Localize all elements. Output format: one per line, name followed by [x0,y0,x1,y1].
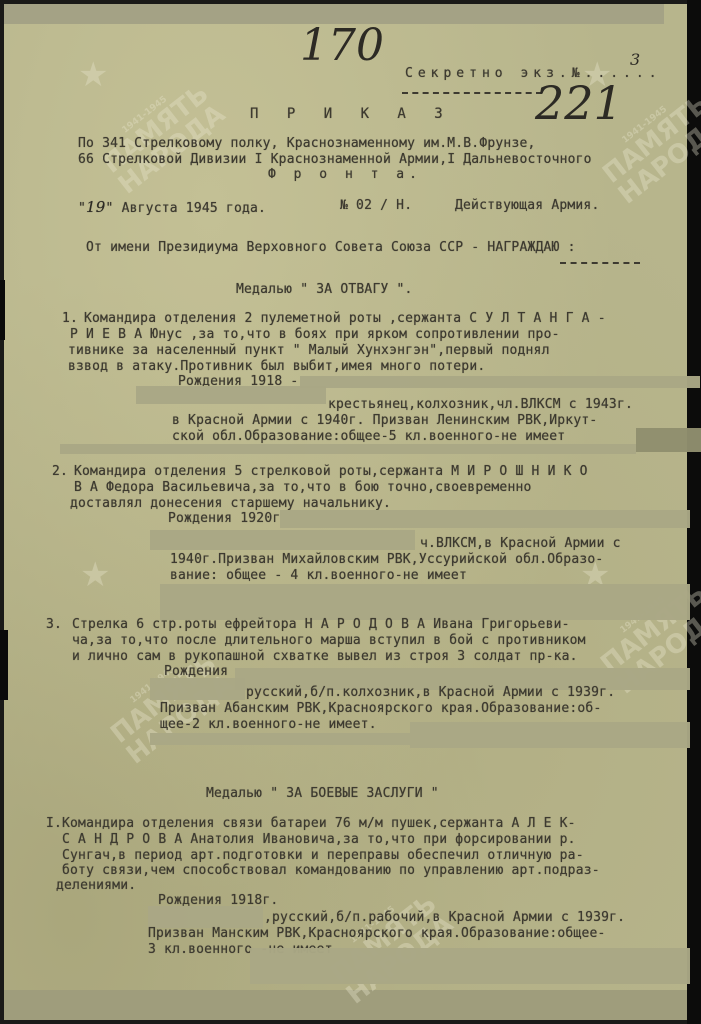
preamble-line: По 341 Стрелковому полку, Краснознаменно… [78,136,536,151]
entry-detail: в Красной Армии с 1940г. Призван Ленинск… [172,413,597,428]
redaction [280,510,690,528]
date-quote: " [78,201,86,216]
entry-line: и лично сам в рукопашной схватке вывел и… [72,649,578,664]
entry-detail: крестьянец,колхозник,чл.ВЛКСМ с 1943г. [328,397,633,412]
order-number: № 02 / Н. [340,198,412,213]
medal-heading: Медалью " ЗА БОЕВЫЕ ЗАСЛУГИ " [206,786,439,801]
entry-detail: русский,б/п.колхозник,в Красной Армии с … [246,685,615,700]
entry-line: доставлял донесения старшему начальнику. [70,496,391,511]
entry-line: ча,за то,что после длительного марша вст… [72,633,586,648]
preamble-line: 66 Стрелковой Дивизии I Краснознаменной … [78,152,592,167]
redaction [636,428,701,452]
entry-detail: 1940г.Призван Михайловским РВК,Уссурийск… [170,552,603,567]
underline-dashes [560,262,640,264]
entry-detail: ,русский,б/п.рабочий,в Красной Армии с 1… [264,910,625,925]
entry-number: I. [46,816,62,831]
order-day: 19 [86,198,106,216]
scan-border-left [0,280,5,340]
entry-line: делениями. [56,878,136,893]
order-place: Действующая Армия. [455,198,599,213]
entry-detail: вание: общее - 4 кл.военного-не имеет [170,568,467,583]
entry-line: Сунгач,в период арт.подготовки и перепра… [62,848,584,863]
entry-line: В А Федора Васильевича,за то,что в бою т… [74,480,532,495]
redaction [150,678,245,700]
entry-birth: Рождения 1920г [168,511,280,526]
medal-heading: Медалью " ЗА ОТВАГУ ". [236,282,413,297]
redaction [160,584,690,620]
entry-number: 1. [62,311,78,326]
entry-line: взвод в атаку.Противник был выбит,имея м… [68,359,485,374]
entry-detail: ской обл.Образование:общее-5 кл.военного… [172,429,565,444]
entry-line: Командира отделения 2 пулеметной роты ,с… [84,311,606,326]
entry-detail: щее-2 кл.военного-не имеет. [160,717,377,732]
entry-detail: Призван Абанским РВК,Красноярского края.… [160,701,601,716]
scan-border-left [0,630,8,700]
redaction [250,948,690,984]
entry-birth: Рождения [164,664,228,679]
document-title: П Р И К А З [250,106,453,122]
entry-line: боту связи,чем способствовал командовани… [62,863,600,878]
entry-line: Р И Е В А Юнус ,за то,что в боях при ярк… [70,327,560,342]
entry-line: Стрелка 6 стр.роты ефрейтора Н А Р О Д О… [72,617,570,632]
redaction [150,530,415,550]
entry-number: 3. [46,617,62,632]
entry-detail: Призван Манским РВК,Красноярского края.О… [148,926,606,941]
underline-dashes [402,92,542,94]
watermark-star-icon: ★ [78,55,108,95]
redaction [410,722,690,748]
handwritten-page-number: 170 [300,20,384,71]
entry-line: Командира отделения 5 стрелковой роты,се… [74,464,588,479]
redaction [136,386,326,404]
handwritten-copy-number: 3 [630,50,640,69]
redaction [150,733,410,745]
redaction [60,444,636,454]
entry-line: Командира отделения связи батареи 76 м/м… [62,816,576,831]
secrecy-mark: Секретно экз.№...... [405,66,662,81]
entry-line: С А Н Д Р О В А Анатолия Ивановича,за то… [62,832,576,847]
decree-line: От имени Президиума Верховного Совета Со… [86,240,576,255]
redaction [300,376,700,388]
redaction [148,906,263,928]
watermark-star-icon: ★ [80,555,110,595]
entry-line: тивнике за населенный пункт " Малый Хунх… [68,343,550,358]
preamble-line: Ф р о н т а. [268,167,422,182]
order-date: " Августа 1945 года. [106,201,267,216]
order-date-line: "19" Августа 1945 года. [78,198,266,216]
handwritten-reference: 221 [535,76,623,130]
entry-detail: ч.ВЛКСМ,в Красной Армии с [420,536,621,551]
entry-number: 2. [52,464,68,479]
